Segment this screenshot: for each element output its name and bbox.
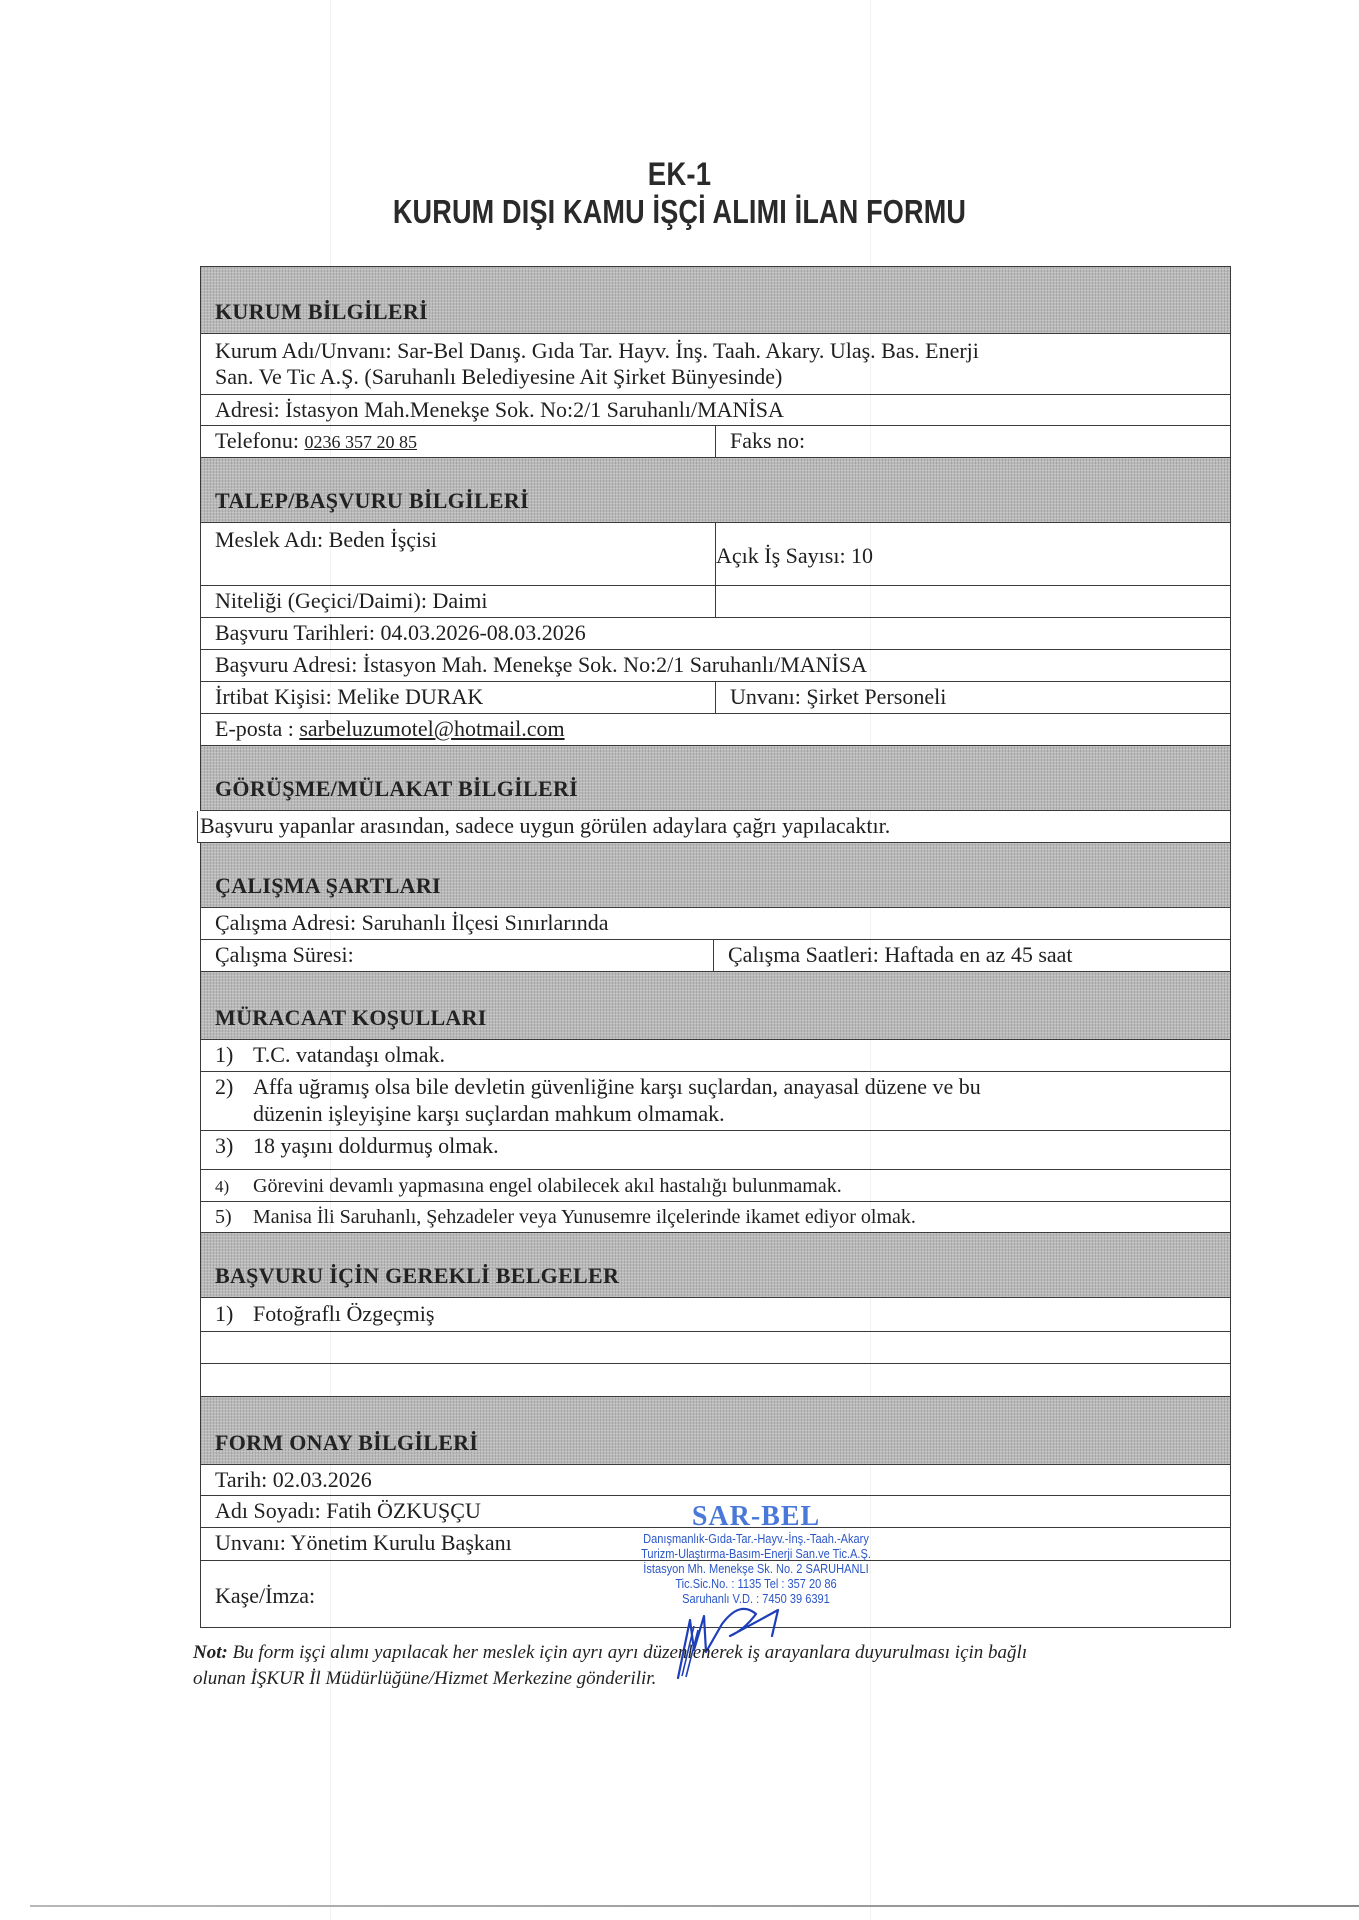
calisma-saatleri: Çalışma Saatleri: Haftada en az 45 saat xyxy=(728,942,1073,967)
irtibat-unvan: Unvanı: Şirket Personeli xyxy=(730,684,946,709)
footer-note: Not: Bu form işçi alımı yapılacak her me… xyxy=(193,1640,1233,1692)
kase-imza-label: Kaşe/İmza: xyxy=(215,1583,315,1609)
note-text: Bu form işçi alımı yapılacak her meslek … xyxy=(228,1642,1027,1663)
onay-unvan-row: Unvanı: Yönetim Kurulu Başkanı xyxy=(200,1528,1231,1561)
section-title: GÖRÜŞME/MÜLAKAT BİLGİLERİ xyxy=(215,776,578,802)
eposta-label: E-posta : xyxy=(215,716,299,741)
item-number: 3) xyxy=(215,1133,253,1159)
basvuru-adresi-row: Başvuru Adresi: İstasyon Mah. Menekşe So… xyxy=(200,650,1231,682)
section-header-gorusme: GÖRÜŞME/MÜLAKAT BİLGİLERİ xyxy=(200,746,1231,811)
kurum-adres: Adresi: İstasyon Mah.Menekşe Sok. No:2/1… xyxy=(215,397,784,423)
section-header-muracaat: MÜRACAAT KOŞULLARI xyxy=(200,972,1231,1040)
muracaat-item: 5)Manisa İli Saruhanlı, Şehzadeler veya … xyxy=(200,1202,1231,1233)
form-title: KURUM DIŞI KAMU İŞÇİ ALIMI İLAN FORMU xyxy=(122,193,1236,231)
item-text: Manisa İli Saruhanlı, Şehzadeler veya Yu… xyxy=(253,1206,916,1228)
telefon-faks-row: Telefonu: 0236 357 20 85 Faks no: xyxy=(200,426,1231,458)
item-number: 2) xyxy=(215,1074,253,1100)
niteligi-row: Niteliği (Geçici/Daimi): Daimi xyxy=(200,586,1231,618)
acik-is-cell: Açık İş Sayısı: 10 xyxy=(715,523,1230,585)
item-number: 4) xyxy=(215,1174,253,1200)
item-text: Görevini devamlı yapmasına engel olabile… xyxy=(253,1175,842,1197)
note-label: Not: xyxy=(193,1642,228,1663)
onay-tarih-row: Tarih: 02.03.2026 xyxy=(200,1465,1231,1496)
muracaat-item: 2)Affa uğramış olsa bile devletin güvenl… xyxy=(200,1072,1231,1131)
irtibat-unvan-cell: Unvanı: Şirket Personeli xyxy=(715,682,1230,713)
onay-adi-soyadi: Adı Soyadı: Fatih ÖZKUŞÇU xyxy=(215,1498,481,1524)
gorusme-row: Başvuru yapanlar arasından, sadece uygun… xyxy=(197,811,1231,843)
faks-cell: Faks no: xyxy=(715,426,1230,457)
item-text: 18 yaşını doldurmuş olmak. xyxy=(253,1133,499,1158)
note-text-cont: olunan İŞKUR İl Müdürlüğüne/Hizmet Merke… xyxy=(193,1666,1233,1692)
item-number: 5) xyxy=(215,1204,253,1230)
calisma-suresi-cell: Çalışma Süresi: xyxy=(201,940,715,971)
belge-empty-row xyxy=(200,1332,1231,1364)
niteligi-cell: Niteliği (Geçici/Daimi): Daimi xyxy=(201,586,715,617)
onay-adi-row: Adı Soyadı: Fatih ÖZKUŞÇU xyxy=(200,1496,1231,1528)
calisma-saatleri-cell: Çalışma Saatleri: Haftada en az 45 saat xyxy=(713,940,1230,971)
acik-is-sayisi: Açık İş Sayısı: 10 xyxy=(716,543,873,568)
section-title: FORM ONAY BİLGİLERİ xyxy=(215,1430,478,1456)
telefon-label: Telefonu: xyxy=(215,428,304,453)
basvuru-adresi: Başvuru Adresi: İstasyon Mah. Menekşe So… xyxy=(215,652,867,678)
section-header-belgeler: BAŞVURU İÇİN GEREKLİ BELGELER xyxy=(200,1233,1231,1298)
item-number: 1) xyxy=(215,1301,253,1327)
onay-unvan: Unvanı: Yönetim Kurulu Başkanı xyxy=(215,1530,512,1556)
tarihler-row: Başvuru Tarihleri: 04.03.2026-08.03.2026 xyxy=(200,618,1231,650)
onay-tarih: Tarih: 02.03.2026 xyxy=(215,1467,372,1493)
calisma-sure-row: Çalışma Süresi: Çalışma Saatleri: Haftad… xyxy=(200,940,1231,972)
section-title: MÜRACAAT KOŞULLARI xyxy=(215,1005,487,1031)
kurum-adi-row: Kurum Adı/Unvanı: Sar-Bel Danış. Gıda Ta… xyxy=(200,333,1231,395)
muracaat-item: 3)18 yaşını doldurmuş olmak. xyxy=(200,1131,1231,1170)
form-code: EK-1 xyxy=(95,156,1264,193)
empty-cell xyxy=(715,586,1230,617)
irtibat-cell: İrtibat Kişisi: Melike DURAK xyxy=(201,682,715,713)
muracaat-item: 1)T.C. vatandaşı olmak. xyxy=(200,1040,1231,1072)
section-header-calisma: ÇALIŞMA ŞARTLARI xyxy=(200,843,1231,908)
calisma-adresi: Çalışma Adresi: Saruhanlı İlçesi Sınırla… xyxy=(215,910,608,936)
item-text-cont: düzenin işleyişine karşı suçlardan mahku… xyxy=(253,1101,725,1127)
niteligi: Niteliği (Geçici/Daimi): Daimi xyxy=(215,588,487,613)
gorusme-text: Başvuru yapanlar arasından, sadece uygun… xyxy=(200,813,890,839)
kurum-adi-line2: San. Ve Tic A.Ş. (Saruhanlı Belediyesine… xyxy=(215,364,782,390)
section-header-kurum: KURUM BİLGİLERİ xyxy=(200,266,1231,334)
meslek-adi: Meslek Adı: Beden İşçisi xyxy=(215,527,437,552)
meslek-cell: Meslek Adı: Beden İşçisi xyxy=(201,523,715,585)
item-text: Affa uğramış olsa bile devletin güvenliğ… xyxy=(253,1074,981,1099)
section-title: BAŞVURU İÇİN GEREKLİ BELGELER xyxy=(215,1263,619,1289)
calisma-suresi: Çalışma Süresi: xyxy=(215,942,354,967)
belge-empty-row xyxy=(200,1364,1231,1397)
page-edge-line xyxy=(30,1905,1359,1907)
item-text: T.C. vatandaşı olmak. xyxy=(253,1042,445,1067)
faks-label: Faks no: xyxy=(730,428,805,453)
meslek-row: Meslek Adı: Beden İşçisi Açık İş Sayısı:… xyxy=(200,523,1231,586)
eposta: E-posta : sarbeluzumotel@hotmail.com xyxy=(215,716,565,742)
eposta-row: E-posta : sarbeluzumotel@hotmail.com xyxy=(200,714,1231,746)
item-number: 1) xyxy=(215,1042,253,1068)
eposta-link[interactable]: sarbeluzumotel@hotmail.com xyxy=(299,716,564,741)
section-title: KURUM BİLGİLERİ xyxy=(215,299,428,325)
section-title: TALEP/BAŞVURU BİLGİLERİ xyxy=(215,488,529,514)
belge-item: 1)Fotoğraflı Özgeçmiş xyxy=(200,1298,1231,1332)
telefon-value: 0236 357 20 85 xyxy=(304,432,417,452)
telefon-cell: Telefonu: 0236 357 20 85 xyxy=(201,426,715,457)
muracaat-item: 4)Görevini devamlı yapmasına engel olabi… xyxy=(200,1170,1231,1202)
irtibat-kisisi: İrtibat Kişisi: Melike DURAK xyxy=(215,684,483,709)
calisma-adres-row: Çalışma Adresi: Saruhanlı İlçesi Sınırla… xyxy=(200,908,1231,940)
section-header-talep: TALEP/BAŞVURU BİLGİLERİ xyxy=(200,458,1231,523)
irtibat-row: İrtibat Kişisi: Melike DURAK Unvanı: Şir… xyxy=(200,682,1231,714)
adres-row: Adresi: İstasyon Mah.Menekşe Sok. No:2/1… xyxy=(200,395,1231,426)
section-header-onay: FORM ONAY BİLGİLERİ xyxy=(200,1397,1231,1465)
kurum-adi-line1: Kurum Adı/Unvanı: Sar-Bel Danış. Gıda Ta… xyxy=(215,338,979,364)
basvuru-tarihleri: Başvuru Tarihleri: 04.03.2026-08.03.2026 xyxy=(215,620,586,646)
item-text: Fotoğraflı Özgeçmiş xyxy=(253,1301,434,1326)
section-title: ÇALIŞMA ŞARTLARI xyxy=(215,873,441,899)
